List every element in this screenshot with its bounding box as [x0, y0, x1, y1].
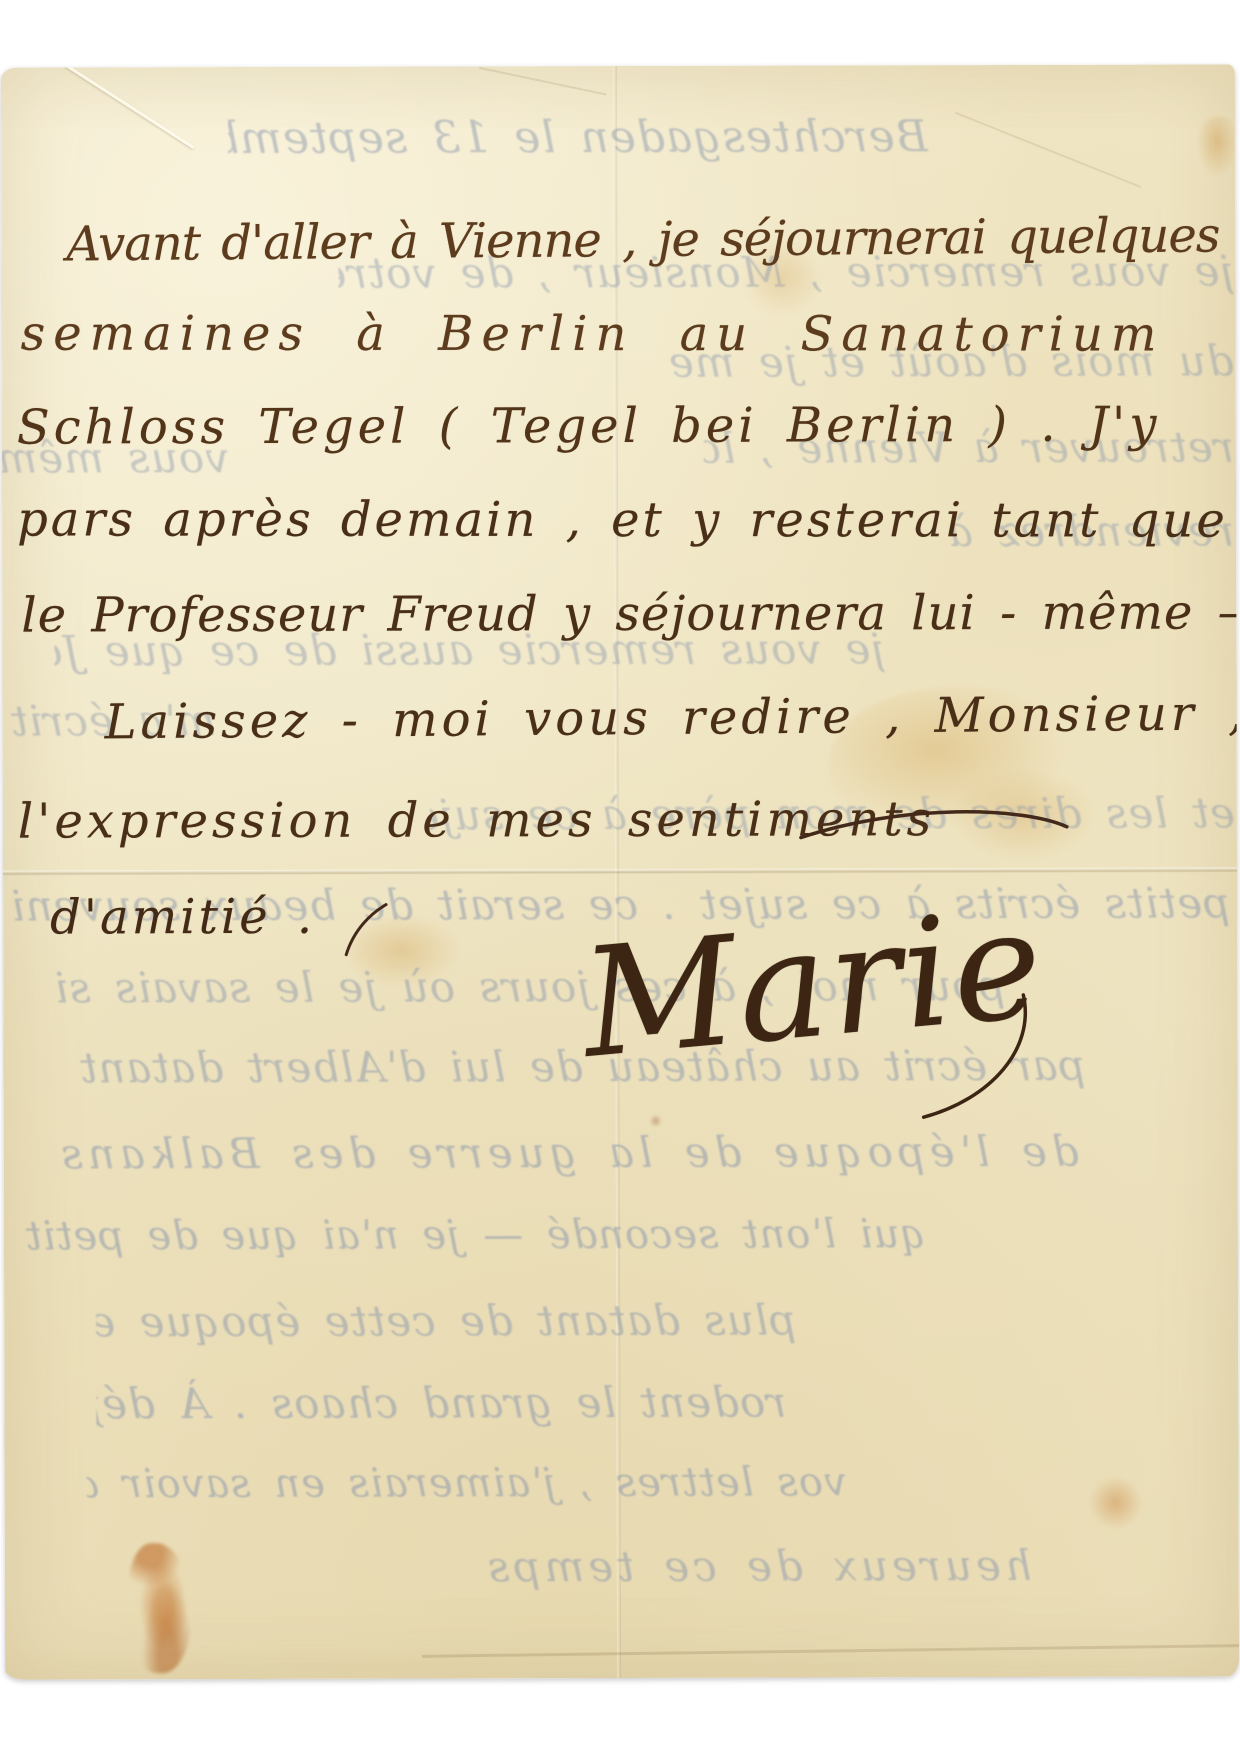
bleedthrough-line: vos lettres , j'aimerais en savoir avec …: [87, 1459, 847, 1507]
bleedthrough-line: qui l'ont secondé — je n'ai que de petit…: [26, 1211, 926, 1259]
fold-crease-horizontal: [1, 867, 1239, 875]
letter-line: semaines à Berlin au Sanatorium: [21, 306, 1165, 363]
rust-stain-bottom-left: [128, 1543, 192, 1673]
letter-line: d'amitié .: [50, 889, 315, 946]
letter-line: Avant d'aller à Vienne , je séjournerai …: [66, 207, 1219, 272]
bleedthrough-date: Berchtesgaden le 13 septembre 1929: [228, 111, 928, 164]
foxing-stain-top-right: [1196, 116, 1238, 178]
letter-line: pars après demain , et y resterai tant q…: [17, 491, 1228, 548]
bleedthrough-line: heureux de ce temps .: [472, 1541, 1032, 1591]
paper-wrinkle-top-right: [955, 112, 1141, 188]
letter-line: Schloss Tegel ( Tegel bei Berlin ) . J'y: [17, 397, 1161, 456]
letter-line: Laissez - moi vous redire , Monsieur ,: [104, 685, 1239, 750]
letter-line: le Professeur Freud y séjournera lui - m…: [21, 584, 1239, 643]
letter-line: l'expression de mes sentiments: [18, 791, 935, 849]
paper-wrinkle-top-middle: [479, 67, 607, 96]
fold-crease-bottom: [422, 1644, 1239, 1658]
bleedthrough-line: rodent le grand chaos . À défaut de: [96, 1378, 786, 1429]
ink-speck: [651, 1114, 661, 1128]
bleedthrough-line: plus datant de cette époque et qui se: [96, 1296, 796, 1347]
letter-scan-surface: Berchtesgaden le 13 septembre 1929 je vo…: [1, 64, 1239, 1679]
paper-wrinkle-top-left: [42, 64, 195, 149]
rust-stain-bottom-right: [1076, 1463, 1155, 1542]
bleedthrough-line: de l'époque de la guerre des Balkans , v…: [29, 1127, 1079, 1179]
letter-paper: Berchtesgaden le 13 septembre 1929 je vo…: [1, 64, 1239, 1679]
